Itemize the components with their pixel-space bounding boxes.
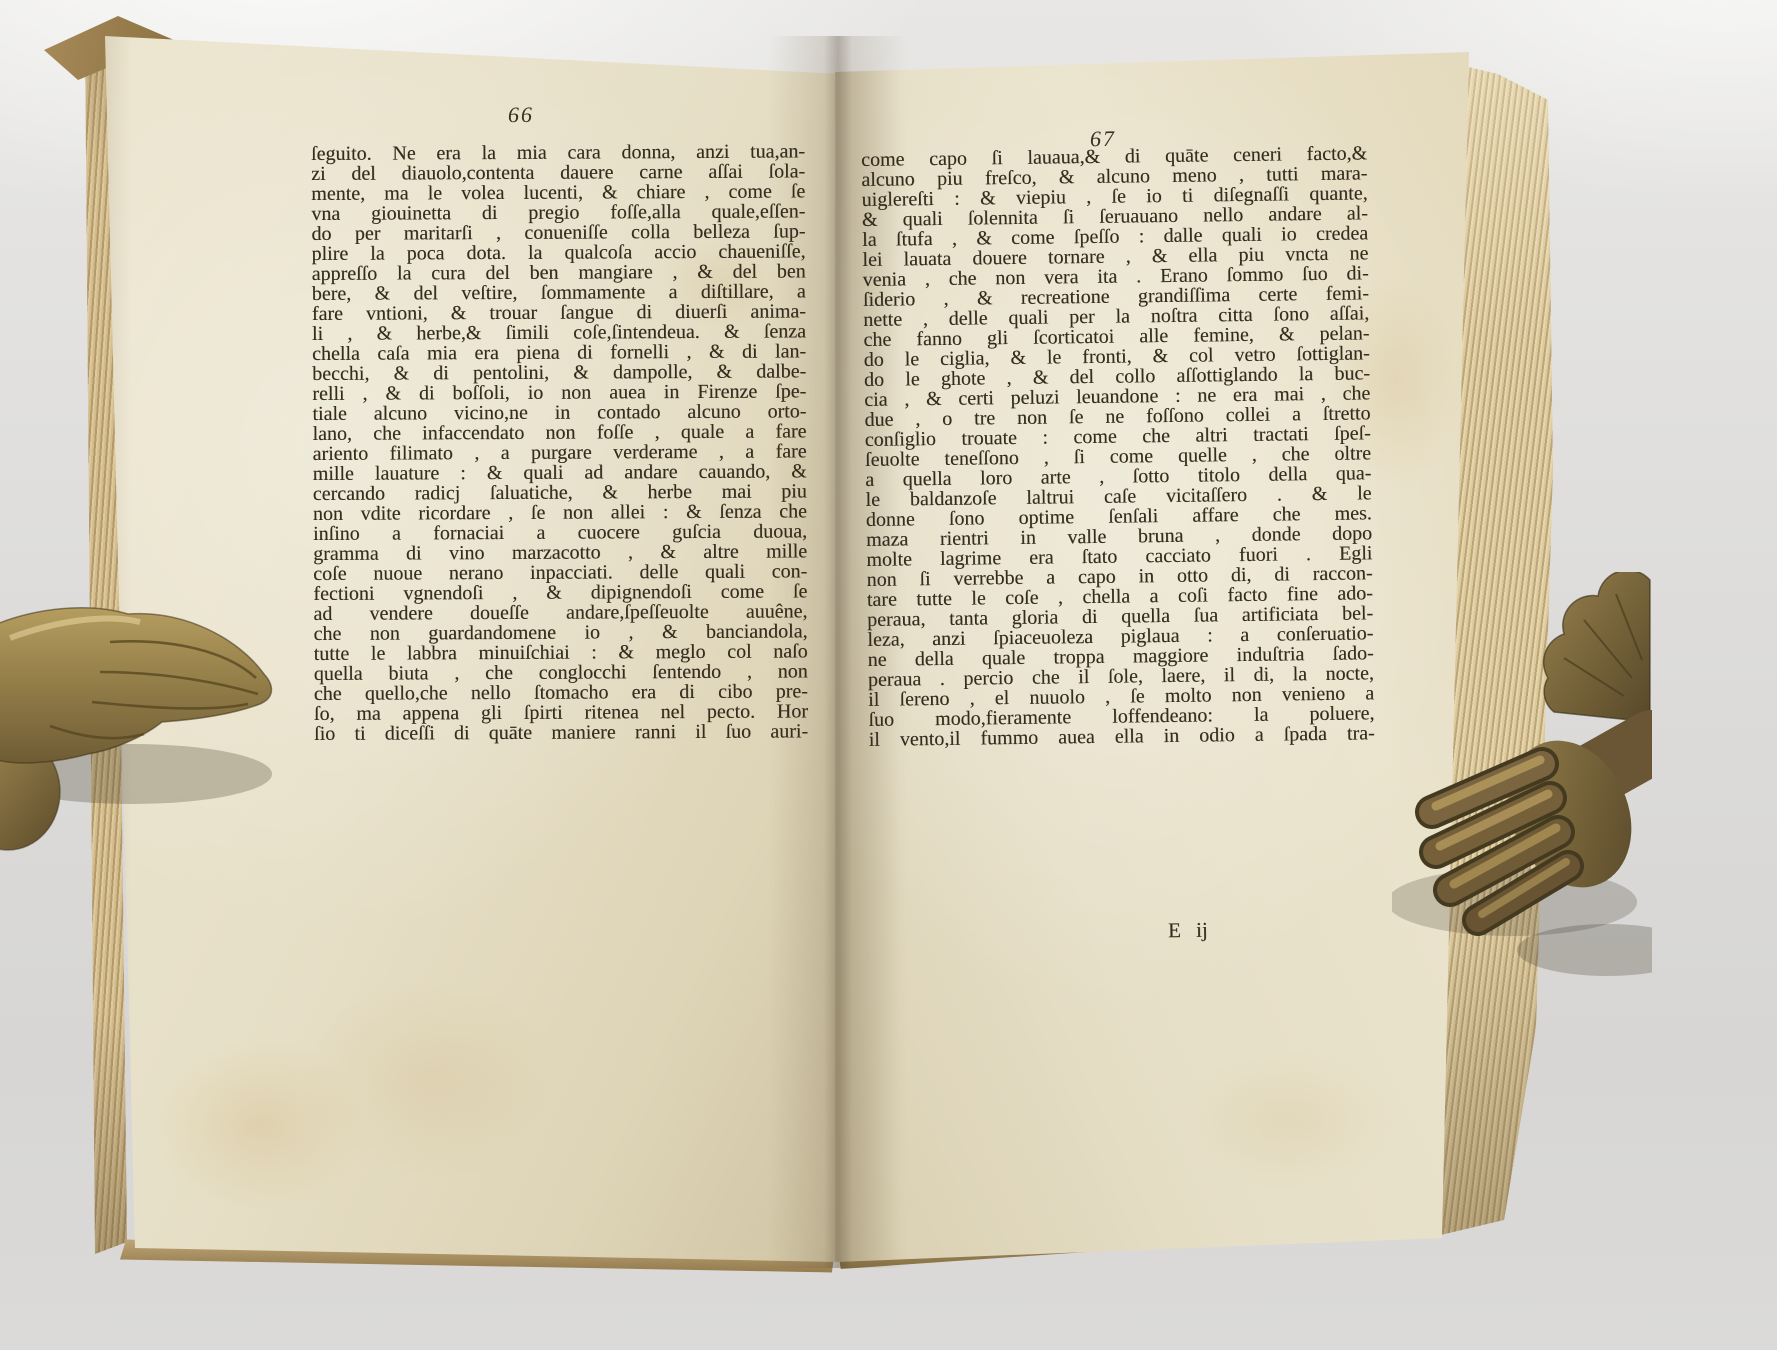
text-line: ad vendere doueſſe andare,ſpeſſeuolte au… bbox=[313, 598, 807, 621]
page-number-left: 66 bbox=[508, 102, 534, 128]
right-page-text: come capo ſi lauaua,& di quāte ceneri fa… bbox=[861, 141, 1375, 748]
text-line: inſino a fornaciai a cuocere guſcia duou… bbox=[313, 518, 807, 541]
text-line: ſo, ma appena gli ſpirti ritenea nel pec… bbox=[314, 698, 808, 721]
right-bronze-hand-page-holder bbox=[1392, 572, 1652, 982]
text-line: li , & herbe,& ſimili coſe,ſintendeua. &… bbox=[312, 318, 806, 341]
text-line: gramma di vino marzacotto , & altre mill… bbox=[313, 538, 807, 561]
text-line: appreſſo la cura del ben mangiare , & de… bbox=[312, 258, 806, 281]
scalloped-cuff bbox=[1544, 572, 1650, 722]
text-line: fectioni vgnendoſi , & dipignendoſi come… bbox=[313, 578, 807, 601]
left-page-text: ſeguito. Ne era la mia cara donna, anzi … bbox=[311, 138, 808, 741]
gathering-signature: E ij bbox=[1168, 918, 1208, 944]
photograph-open-antique-book: 66 67 ſeguito. Ne era la mia cara donna,… bbox=[0, 0, 1777, 1350]
text-line: tutte le labbra minuiſchiai : & meglo co… bbox=[314, 638, 808, 661]
text-line: non vdite ricordare , ſe non allei : & ſ… bbox=[313, 498, 807, 521]
text-line: ſeguito. Ne era la mia cara donna, anzi … bbox=[311, 138, 805, 161]
text-line: tiale alcuno vicino,ne in contado alcuno… bbox=[312, 398, 806, 421]
text-line: becchi, & di pentolini, & dampolle, & da… bbox=[312, 358, 806, 381]
text-line: coſe nuoue nerano inpacciati. delle qual… bbox=[313, 558, 807, 581]
left-bronze-hand-page-holder bbox=[0, 596, 292, 856]
text-line: bere, & del veſtire, ſommamente a diſtil… bbox=[312, 278, 806, 301]
text-line: vna giouinetta di pregio foſſe,alla qual… bbox=[311, 198, 805, 221]
text-line: relli , & di boſſoli, io non auea in Fir… bbox=[312, 378, 806, 401]
text-line: chella caſa mia era piena di fornelli , … bbox=[312, 338, 806, 361]
text-line: cercando radicj ſaluatiche, & herbe mai … bbox=[313, 478, 807, 501]
text-line: mille lauature : & quali ad andare cauan… bbox=[313, 458, 807, 481]
text-line: quella biuta , che conglocchi ſentendo ,… bbox=[314, 658, 808, 681]
text-line: zi del diauolo,contenta dauere carne aſſ… bbox=[311, 158, 805, 181]
text-line: che quello,che nello ſtomacho era di cib… bbox=[314, 678, 808, 701]
text-line: plire la poca dota. la qualcoſa accio ch… bbox=[312, 238, 806, 261]
text-line: che non guardandomene io , & banciandola… bbox=[314, 618, 808, 641]
text-line: do per maritarſi , conueniſſe colla bell… bbox=[311, 218, 805, 241]
text-line: mente, ma le volea lucenti, & chiare , c… bbox=[311, 178, 805, 201]
fingers bbox=[1432, 760, 1568, 920]
text-line: fare vntioni, & trouar ſangue di diuerſi… bbox=[312, 298, 806, 321]
text-line: lano, che infaccendato non foſſe , quale… bbox=[312, 418, 806, 441]
text-line: ſio ti diceſſi di quāte maniere ranni il… bbox=[314, 718, 808, 741]
text-line: ariento filimato , a purgare verderame ,… bbox=[313, 438, 807, 461]
